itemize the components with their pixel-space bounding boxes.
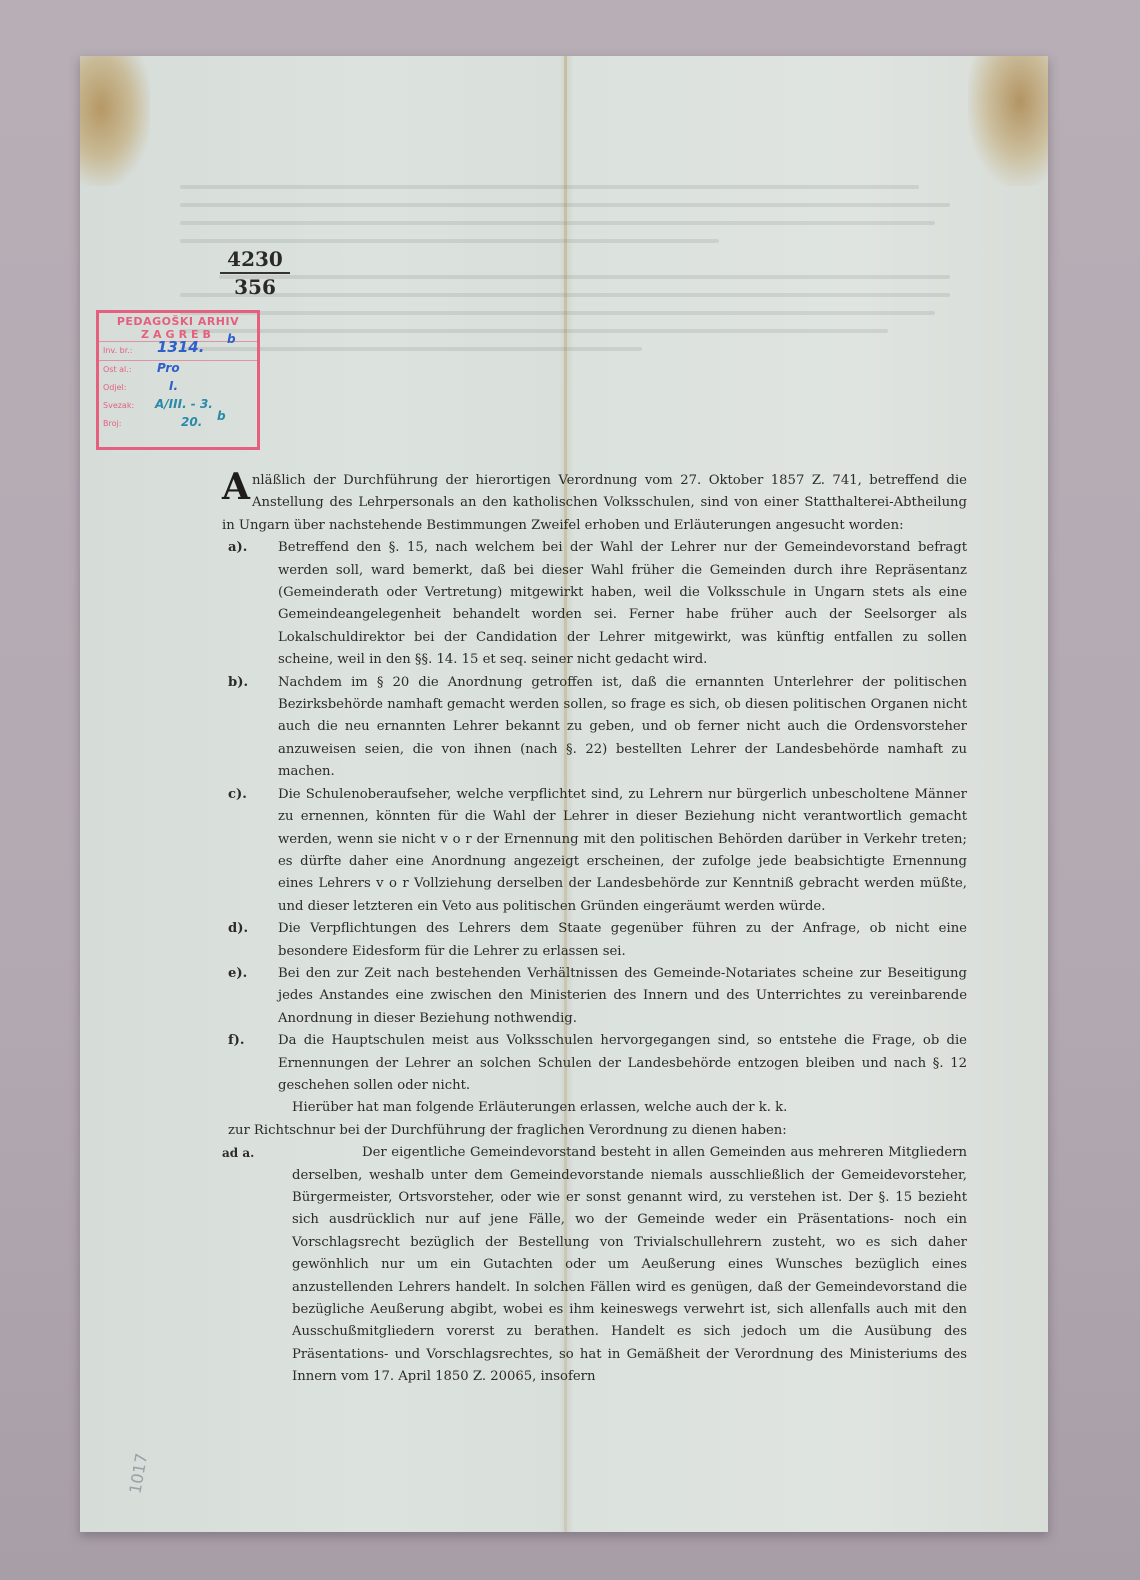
ad-a-label: ad a. — [222, 1142, 302, 1388]
list-item-d: d). Die Verpflichtungen des Lehrers dem … — [222, 918, 967, 963]
bleed-through-text — [180, 171, 950, 365]
item-text: Die Schulenoberaufseher, welche verpflic… — [278, 784, 967, 918]
stamp-field-superscript: b — [217, 407, 226, 425]
document-page: 4230 356 PEDAGOŠKI ARHIV ZAGREB Inv. br.… — [80, 56, 1048, 1532]
stamp-field-value: 20. — [181, 413, 202, 431]
ad-a-text: Der eigentliche Gemeindevorstand besteht… — [292, 1142, 967, 1388]
item-label: f). — [222, 1030, 278, 1097]
reference-number-bottom: 356 — [220, 274, 290, 300]
list-item-a: a). Betreffend den §. 15, nach welchem b… — [222, 537, 967, 671]
item-label: b). — [222, 672, 278, 784]
stamp-field-label: Odjel: — [103, 383, 126, 392]
item-label: e). — [222, 963, 278, 1030]
stamp-field-superscript: b — [227, 330, 236, 348]
intro-text: nläßlich der Durchführung der hierortige… — [222, 473, 967, 533]
list-item-b: b). Nachdem im § 20 die Anordnung getrof… — [222, 672, 967, 784]
age-stain-top-left — [80, 56, 150, 186]
stamp-field-label: Ost al.: — [103, 365, 132, 374]
dropcap: A — [222, 470, 250, 504]
item-text: Die Verpflichtungen des Lehrers dem Staa… — [278, 918, 967, 963]
transition-line-2: zur Richtschnur bei der Durchführung der… — [222, 1120, 967, 1142]
item-text: Da die Hauptschulen meist aus Volksschul… — [278, 1030, 967, 1097]
stamp-field-value: A/III. - 3. — [155, 395, 213, 413]
stamp-field-label: Broj: — [103, 419, 121, 428]
stamp-title: PEDAGOŠKI ARHIV — [99, 315, 257, 328]
item-text: Nachdem im § 20 die Anordnung getroffen … — [278, 672, 967, 784]
stamp-field-volume: Svezak: A/III. - 3. — [99, 397, 257, 415]
list-item-f: f). Da die Hauptschulen meist aus Volkss… — [222, 1030, 967, 1097]
item-label: a). — [222, 537, 278, 671]
document-body: Anläßlich der Durchführung der hierortig… — [222, 470, 967, 1389]
list-item-e: e). Bei den zur Zeit nach bestehenden Ve… — [222, 963, 967, 1030]
item-text: Bei den zur Zeit nach bestehenden Verhäl… — [278, 963, 967, 1030]
stamp-field-number: Broj: 20. b — [99, 415, 257, 433]
stamp-field-inventory: Inv. br.: 1314. b — [99, 341, 257, 360]
item-label: c). — [222, 784, 278, 918]
age-stain-top-right — [968, 56, 1048, 186]
archive-stamp: PEDAGOŠKI ARHIV ZAGREB Inv. br.: 1314. b… — [96, 310, 260, 450]
reference-number-top: 4230 — [220, 246, 290, 274]
stamp-field-value: 1314. — [157, 338, 204, 356]
transition-line-1: Hierüber hat man folgende Erläuterungen … — [222, 1097, 967, 1119]
reference-number: 4230 356 — [220, 246, 290, 300]
stamp-field-label: Svezak: — [103, 401, 134, 410]
intro-paragraph: Anläßlich der Durchführung der hierortig… — [222, 470, 967, 537]
ad-a-paragraph: ad a. Der eigentliche Gemeindevorstand b… — [222, 1142, 967, 1388]
pencil-note: 1017 — [125, 1452, 151, 1495]
stamp-field-label: Inv. br.: — [103, 346, 133, 355]
item-label: d). — [222, 918, 278, 963]
item-text: Betreffend den §. 15, nach welchem bei d… — [278, 537, 967, 671]
stamp-field-value: I. — [169, 377, 178, 395]
stamp-field-value: Pro — [157, 359, 180, 377]
list-item-c: c). Die Schulenoberaufseher, welche verp… — [222, 784, 967, 918]
